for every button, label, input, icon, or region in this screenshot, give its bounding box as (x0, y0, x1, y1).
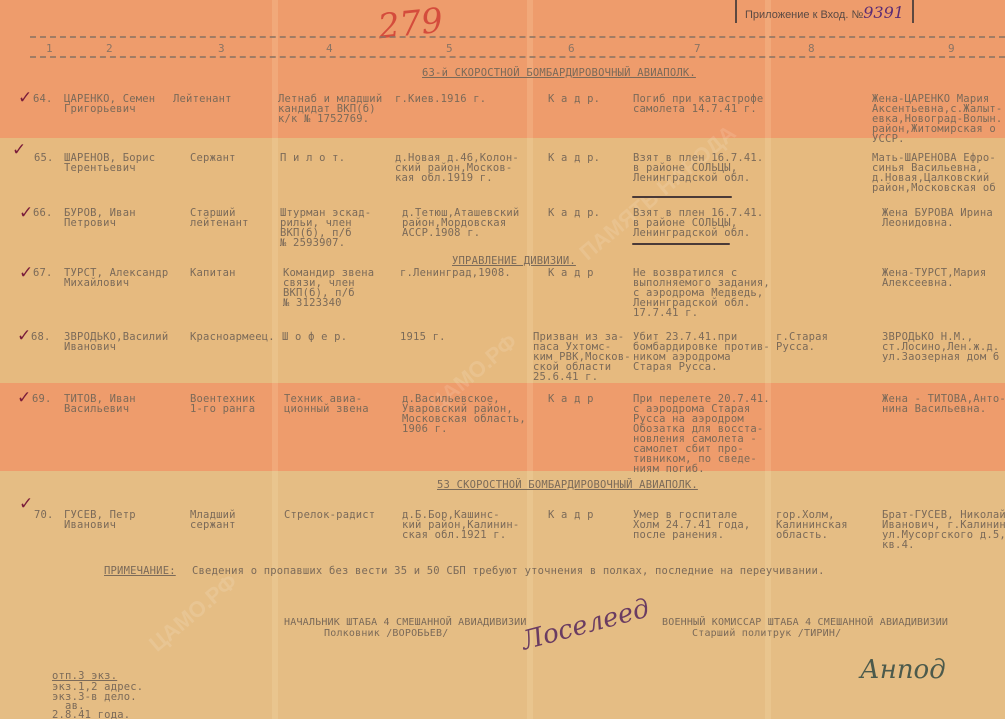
row-name: ЗВРОДЬКО,Василий Иванович (64, 332, 168, 352)
checkmark-icon: ✓ (17, 326, 31, 346)
row-position: Летнаб и младший кандидат ВКП(б) к/к № 1… (278, 94, 382, 124)
column-number: 8 (808, 42, 815, 55)
row-relatives: ЗВРОДЬКО Н.М., ст.Лосино,Лен.ж.д. ул.Зао… (882, 332, 999, 362)
row-relatives: Жена-ЦАРЕНКО Мария Аксентьевна,с.Жалыт- … (872, 94, 1002, 144)
row-circumstances: При перелете 20.7.41. с аэродрома Старая… (633, 394, 770, 474)
row-relatives: Брат-ГУСЕВ, Николай Иванович, г.Калинин … (882, 510, 1005, 550)
row-birthplace: г.Ленинград,1908. (400, 268, 511, 278)
row-source: К а д р (548, 268, 594, 278)
row-relatives: Мать-ШАРЕНОВА Ефро- синья Васильевна, д.… (872, 153, 996, 193)
row-birthplace: д.Васильевское, Уваровский район, Москов… (402, 394, 526, 434)
row-name: ГУСЕВ, Петр Иванович (64, 510, 136, 530)
footer-line: 2.8.41 года. (52, 710, 130, 719)
signature-right-subtitle: Старший политрук /ТИРИН/ (692, 629, 841, 639)
row-source: Призван из за- паса Ухтомс- ким РВК,Моск… (533, 332, 631, 382)
checkmark-icon: ✓ (17, 388, 31, 408)
row-rank: Воентехник 1-го ранга (190, 394, 255, 414)
row-position: Ш о ф е р. (282, 332, 347, 342)
row-number: 69. (32, 394, 52, 404)
row-position: Командир звена связи, член ВКП(б), п/б №… (283, 268, 374, 308)
footer-line: отп.3 экз. (52, 671, 117, 681)
attachment-stamp: Приложение к Вход. №9391 (735, 0, 914, 23)
column-number: 7 (694, 42, 701, 55)
row-name: ЦАРЕНКО, Семен Григорьевич (64, 94, 155, 114)
row-birthplace: д.Б.Бор,Кашинс- кий район,Калинин- ская … (402, 510, 519, 540)
pencil-underline (632, 196, 732, 198)
row-rank: Красноармеец. (190, 332, 275, 342)
row-number: 68. (31, 332, 51, 342)
row-burial: г.Старая Русса. (776, 332, 828, 352)
row-rank: Старший лейтенант (190, 208, 249, 228)
row-source: К а д р (548, 510, 594, 520)
stamp-number: 9391 (863, 3, 904, 22)
row-burial: гор.Холм, Калининская область. (776, 510, 848, 540)
row-number: 67. (33, 268, 53, 278)
column-divider-bottom (30, 56, 1005, 58)
column-number: 1 (46, 42, 53, 55)
row-number: 65. (34, 153, 54, 163)
row-position: Техник авиа- ционный звена (284, 394, 369, 414)
row-number: 64. (33, 94, 53, 104)
row-position: П и л о т. (280, 153, 345, 163)
row-relatives: Жена БУРОВА Ирина Леонидовна. (882, 208, 993, 228)
row-name: ТУРСТ, Александр Михайлович (64, 268, 168, 288)
row-number: 66. (33, 208, 53, 218)
row-name: БУРОВ, Иван Петрович (64, 208, 136, 228)
signature-left-subtitle: Полковник /ВОРОБЬЕВ/ (324, 629, 448, 639)
note-label: ПРИМЕЧАНИЕ: (104, 566, 176, 576)
handwritten-page-number: 279 (376, 1, 445, 48)
row-name: ТИТОВ, Иван Васильевич (64, 394, 136, 414)
row-birthplace: г.Киев.1916 г. (395, 94, 486, 104)
checkmark-icon: ✓ (19, 203, 33, 223)
row-source: К а д р (548, 394, 594, 404)
pencil-underline (632, 243, 730, 245)
stamp-label: Приложение к Вход. № (745, 9, 863, 21)
row-position: Стрелок-радист (284, 510, 375, 520)
column-number: 4 (326, 42, 333, 55)
checkmark-icon: ✓ (19, 263, 33, 283)
section-header: 63-й СКОРОСТНОЙ БОМБАРДИРОВОЧНЫЙ АВИАПОЛ… (422, 68, 696, 78)
column-divider-top (30, 36, 1005, 38)
row-circumstances: Погиб при катастрофе самолета 14.7.41 г. (633, 94, 763, 114)
row-relatives: Жена-ТУРСТ,Мария Алексеевна. (882, 268, 986, 288)
row-circumstances: Взят в плен 16.7.41. в районе СОЛЬЦЫ, Ле… (633, 208, 763, 238)
row-birthplace: д.Новая д.46,Колон- ский район,Москов- к… (395, 153, 519, 183)
row-birthplace: 1915 г. (400, 332, 446, 342)
row-circumstances: Умер в госпитале Холм 24.7.41 года, посл… (633, 510, 750, 540)
signature-right-handwritten: Анпод (860, 655, 946, 685)
row-circumstances: Взят в плен 16.7.41. в районе СОЛЬЦЫ, Ле… (633, 153, 763, 183)
row-circumstances: Убит 23.7.41.при бомбардировке против- н… (633, 332, 770, 372)
column-number: 2 (106, 42, 113, 55)
column-number: 3 (218, 42, 225, 55)
section-header: 53 СКОРОСТНОЙ БОМБАРДИРОВОЧНЫЙ АВИАПОЛК. (437, 480, 698, 490)
row-rank: Лейтенант (173, 94, 232, 104)
signature-right-title: ВОЕННЫЙ КОМИССАР ШТАБА 4 СМЕШАННОЙ АВИАД… (662, 618, 948, 628)
row-number: 70. (34, 510, 54, 520)
band-footer (0, 471, 1005, 719)
checkmark-icon: ✓ (19, 494, 33, 514)
section-header: УПРАВЛЕНИЕ ДИВИЗИИ. (452, 256, 576, 266)
row-relatives: Жена - ТИТОВА,Анто- нина Васильевна. (882, 394, 1005, 414)
row-rank: Сержант (190, 153, 236, 163)
row-rank: Младший сержант (190, 510, 236, 530)
note-text: Сведения о пропавших без вести 35 и 50 С… (192, 566, 825, 576)
row-name: ШАРЕНОВ, Борис Терентьевич (64, 153, 155, 173)
row-circumstances: Не возвратился с выполняемого задания, с… (633, 268, 770, 318)
column-number: 6 (568, 42, 575, 55)
row-position: Штурман эскад- рильи, член ВКП(б), п/б №… (280, 208, 371, 248)
checkmark-icon: ✓ (12, 140, 26, 160)
signature-left-title: НАЧАЛЬНИК ШТАБА 4 СМЕШАННОЙ АВИАДИВИЗИИ (284, 618, 527, 628)
column-number: 5 (446, 42, 453, 55)
row-rank: Капитан (190, 268, 236, 278)
row-birthplace: д.Тетюш,Аташевский район,Мордовская АССР… (402, 208, 519, 238)
row-source: К а д р. (548, 153, 600, 163)
checkmark-icon: ✓ (18, 88, 32, 108)
row-source: К а д р. (548, 208, 600, 218)
column-number: 9 (948, 42, 955, 55)
row-source: К а д р. (548, 94, 600, 104)
